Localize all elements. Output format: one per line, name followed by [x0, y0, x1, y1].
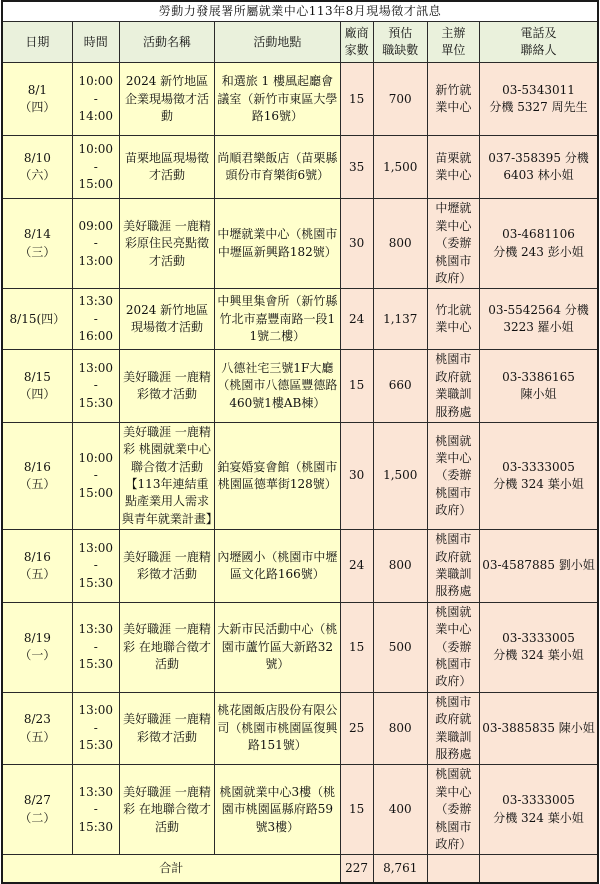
- date-cell: 8/16 （五）: [2, 422, 72, 529]
- contact-cell: 03-5542564 分機 3223 羅小姐: [479, 289, 598, 350]
- vendors-cell: 24: [340, 289, 373, 350]
- location-cell: 桃花園飯店股份有限公司（桃園市桃園區復興路151號）: [215, 692, 340, 765]
- organizer-cell: 桃園市政府就業職訓服務處: [427, 530, 479, 603]
- organizer-cell: 桃園就業中心（委辦桃園市政府）: [427, 602, 479, 692]
- time-cell: 10:00 - 14:00: [72, 63, 119, 136]
- date-cell: 8/15 （四）: [2, 350, 72, 423]
- date-cell: 8/27 （二）: [2, 765, 72, 855]
- time-cell: 09:00 - 13:00: [72, 199, 119, 289]
- column-header-name: 活動名稱: [119, 22, 214, 63]
- time-cell: 10:00 - 15:00: [72, 136, 119, 199]
- event-name-cell: 2024 新竹地區現場徵才活動: [119, 289, 214, 350]
- location-cell: 和選旅 1 樓風起廳會議室（新竹市東區大學路16號）: [215, 63, 340, 136]
- vacancies-cell: 660: [373, 350, 427, 423]
- total-vacancies-cell: 8,761: [373, 855, 427, 883]
- vendors-cell: 15: [340, 765, 373, 855]
- organizer-cell: 竹北就業中心: [427, 289, 479, 350]
- organizer-cell: 中壢就業中心（委辦桃園市政府）: [427, 199, 479, 289]
- vendors-cell: 15: [340, 63, 373, 136]
- event-name-cell: 美好職涯 一鹿精彩徵才活動: [119, 530, 214, 603]
- vacancies-cell: 500: [373, 602, 427, 692]
- contact-cell: 03-5343011 分機 5327 周先生: [479, 63, 598, 136]
- event-name-cell: 美好職涯 一鹿精彩 在地聯合徵才活動: [119, 765, 214, 855]
- time-cell: 13:00 - 15:30: [72, 530, 119, 603]
- organizer-cell: 新竹就業中心: [427, 63, 479, 136]
- date-cell: 8/15(四）: [2, 289, 72, 350]
- header-row: 日期 時間 活動名稱 活動地點 廠商 家數 預估 職缺數 主辦 單位 電話及 聯…: [2, 22, 598, 63]
- event-name-cell: 美好職涯 一鹿精彩 在地聯合徵才活動: [119, 602, 214, 692]
- location-cell: 內壢國小（桃園市中壢區文化路166號）: [215, 530, 340, 603]
- total-vendors-cell: 227: [340, 855, 373, 883]
- column-header-date: 日期: [2, 22, 72, 63]
- time-cell: 13:30 - 15:30: [72, 602, 119, 692]
- time-cell: 10:00 - 15:00: [72, 422, 119, 529]
- total-contact-cell: [479, 855, 598, 883]
- table-row: 8/10 （六） 10:00 - 15:00 苗栗地區現場徵才活動 尚順君樂飯店…: [2, 136, 598, 199]
- vacancies-cell: 700: [373, 63, 427, 136]
- organizer-cell: 桃園就業中心（委辦桃園市政府）: [427, 765, 479, 855]
- organizer-cell: 桃園就業中心（委辦桃園市政府）: [427, 422, 479, 529]
- table-row: 8/19 （一） 13:30 - 15:30 美好職涯 一鹿精彩 在地聯合徵才活…: [2, 602, 598, 692]
- contact-cell: 03-3333005 分機 324 葉小姐: [479, 422, 598, 529]
- table-row: 8/14 （三） 09:00 - 13:00 美好職涯 一鹿精彩原住民亮點徵才活…: [2, 199, 598, 289]
- event-name-cell: 美好職涯 一鹿精彩 桃園就業中心聯合徵才活動【113年連結重點產業用人需求與青年…: [119, 422, 214, 529]
- time-cell: 13:30 - 16:00: [72, 289, 119, 350]
- vendors-cell: 25: [340, 692, 373, 765]
- location-cell: 尚順君樂飯店（苗栗縣頭份市育樂街6號）: [215, 136, 340, 199]
- job-fair-table: 勞動力發展署所屬就業中心113年8月現場徵才訊息 日期 時間 活動名稱 活動地點…: [1, 0, 599, 884]
- organizer-cell: 苗栗就業中心: [427, 136, 479, 199]
- event-name-cell: 美好職涯 一鹿精彩原住民亮點徵才活動: [119, 199, 214, 289]
- table-row: 8/27 （二） 13:30 - 15:30 美好職涯 一鹿精彩 在地聯合徵才活…: [2, 765, 598, 855]
- event-name-cell: 苗栗地區現場徵才活動: [119, 136, 214, 199]
- job-fair-notice-document: 勞動力發展署所屬就業中心113年8月現場徵才訊息 日期 時間 活動名稱 活動地點…: [0, 0, 600, 821]
- organizer-cell: 桃園市政府就業職訓服務處: [427, 692, 479, 765]
- total-label-cell: 合計: [2, 855, 340, 883]
- vendors-cell: 30: [340, 422, 373, 529]
- total-organizer-cell: [427, 855, 479, 883]
- vacancies-cell: 400: [373, 765, 427, 855]
- column-header-time: 時間: [72, 22, 119, 63]
- contact-cell: 03-3386165 陳小姐: [479, 350, 598, 423]
- date-cell: 8/19 （一）: [2, 602, 72, 692]
- date-cell: 8/1 （四）: [2, 63, 72, 136]
- column-header-contact: 電話及 聯絡人: [479, 22, 598, 63]
- event-name-cell: 美好職涯 一鹿精彩徵才活動: [119, 692, 214, 765]
- table-row: 8/16 （五） 13:00 - 15:30 美好職涯 一鹿精彩徵才活動 內壢國…: [2, 530, 598, 603]
- vacancies-cell: 1,500: [373, 422, 427, 529]
- location-cell: 中壢就業中心（桃園市中壢區新興路182號）: [215, 199, 340, 289]
- vendors-cell: 15: [340, 350, 373, 423]
- total-row: 合計 227 8,761: [2, 855, 598, 883]
- time-cell: 13:30 - 15:30: [72, 765, 119, 855]
- contact-cell: 03-3333005 分機 324 葉小姐: [479, 602, 598, 692]
- time-cell: 13:00 - 15:30: [72, 692, 119, 765]
- organizer-cell: 桃園市政府就業職訓服務處: [427, 350, 479, 423]
- vacancies-cell: 800: [373, 530, 427, 603]
- contact-cell: 03-4587885 劉小姐: [479, 530, 598, 603]
- column-header-vacancies: 預估 職缺數: [373, 22, 427, 63]
- location-cell: 大新市民活動中心（桃園市蘆竹區大新路32號）: [215, 602, 340, 692]
- vacancies-cell: 800: [373, 692, 427, 765]
- table-row: 8/15(四） 13:30 - 16:00 2024 新竹地區現場徵才活動 中興…: [2, 289, 598, 350]
- vendors-cell: 30: [340, 199, 373, 289]
- table-row: 8/15 （四） 13:00 - 15:30 美好職涯 一鹿精彩徵才活動 八德社…: [2, 350, 598, 423]
- location-cell: 桃園就業中心3樓（桃園市桃園區縣府路59號3樓）: [215, 765, 340, 855]
- date-cell: 8/23 （五）: [2, 692, 72, 765]
- event-name-cell: 2024 新竹地區企業現場徵才活動: [119, 63, 214, 136]
- date-cell: 8/14 （三）: [2, 199, 72, 289]
- date-cell: 8/10 （六）: [2, 136, 72, 199]
- document-title: 勞動力發展署所屬就業中心113年8月現場徵才訊息: [2, 1, 598, 22]
- column-header-location: 活動地點: [215, 22, 340, 63]
- date-cell: 8/16 （五）: [2, 530, 72, 603]
- vacancies-cell: 800: [373, 199, 427, 289]
- contact-cell: 037-358395 分機 6403 林小姐: [479, 136, 598, 199]
- contact-cell: 03-3885835 陳小姐: [479, 692, 598, 765]
- vacancies-cell: 1,137: [373, 289, 427, 350]
- location-cell: 中興里集會所（新竹縣竹北市嘉豐南路一段11號二樓）: [215, 289, 340, 350]
- vacancies-cell: 1,500: [373, 136, 427, 199]
- vendors-cell: 24: [340, 530, 373, 603]
- location-cell: 八德社宅三號1F大廳（桃園市八德區豐德路460號1樓AB棟）: [215, 350, 340, 423]
- table-row: 8/1 （四） 10:00 - 14:00 2024 新竹地區企業現場徵才活動 …: [2, 63, 598, 136]
- event-name-cell: 美好職涯 一鹿精彩徵才活動: [119, 350, 214, 423]
- vendors-cell: 35: [340, 136, 373, 199]
- table-row: 8/23 （五） 13:00 - 15:30 美好職涯 一鹿精彩徵才活動 桃花園…: [2, 692, 598, 765]
- contact-cell: 03-4681106 分機 243 彭小姐: [479, 199, 598, 289]
- vendors-cell: 15: [340, 602, 373, 692]
- location-cell: 鉑宴婚宴會館（桃園市桃園區德華街128號）: [215, 422, 340, 529]
- column-header-vendors: 廠商 家數: [340, 22, 373, 63]
- contact-cell: 03-3333005 分機 324 葉小姐: [479, 765, 598, 855]
- time-cell: 13:00 - 15:30: [72, 350, 119, 423]
- column-header-organizer: 主辦 單位: [427, 22, 479, 63]
- table-row: 8/16 （五） 10:00 - 15:00 美好職涯 一鹿精彩 桃園就業中心聯…: [2, 422, 598, 529]
